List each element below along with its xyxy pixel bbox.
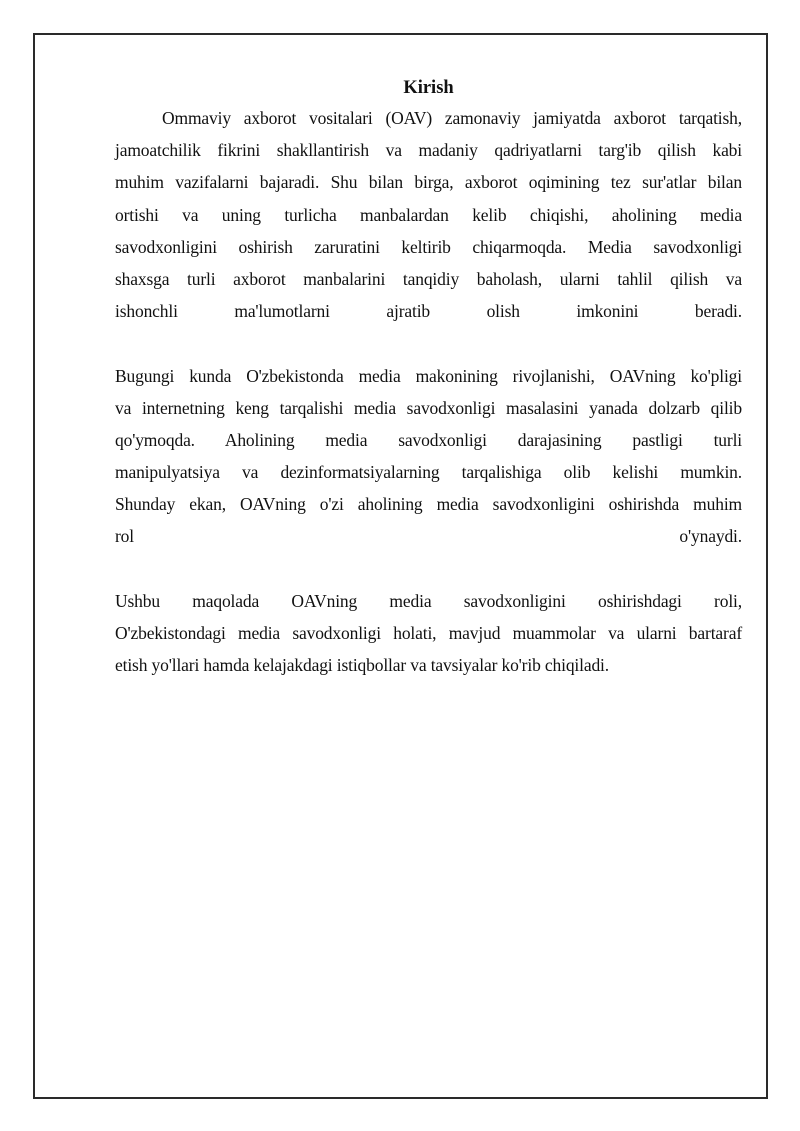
document-title: Kirish	[115, 76, 742, 100]
document-body: Kirish Ommaviy axborot vositalari (OAV) …	[115, 76, 742, 681]
text-line: va internetning keng tarqalishi media sa…	[115, 392, 742, 424]
text-line: O'zbekistondagi media savodxonligi holat…	[115, 617, 742, 649]
text-line: Shunday ekan, OAVning o'zi aholining med…	[115, 488, 742, 520]
text-line: etish yo'llari hamda kelajakdagi istiqbo…	[115, 649, 742, 681]
text-line: Ushbu maqolada OAVning media savodxonlig…	[115, 585, 742, 617]
text-line: shaxsga turli axborot manbalarini tanqid…	[115, 263, 742, 295]
text-line: manipulyatsiya va dezinformatsiyalarning…	[115, 456, 742, 488]
text-line: muhim vazifalarni bajaradi. Shu bilan bi…	[115, 166, 742, 198]
text-line: Bugungi kunda O'zbekistonda media makoni…	[115, 360, 742, 392]
text-line: jamoatchilik fikrini shakllantirish va m…	[115, 134, 742, 166]
paragraph-spacer	[115, 327, 742, 359]
text-line: savodxonligini oshirish zaruratini kelti…	[115, 231, 742, 263]
text-line-content: Ommaviy axborot vositalari (OAV) zamonav…	[162, 108, 742, 128]
paragraph-article-scope: Ushbu maqolada OAVning media savodxonlig…	[115, 585, 742, 682]
paragraph-introduction: Ommaviy axborot vositalari (OAV) zamonav…	[115, 102, 742, 327]
text-line: rol o'ynaydi.	[115, 520, 742, 552]
text-line: ishonchli ma'lumotlarni ajratib olish im…	[115, 295, 742, 327]
text-line: qo'ymoqda. Aholining media savodxonligi …	[115, 424, 742, 456]
text-line: Ommaviy axborot vositalari (OAV) zamonav…	[115, 102, 742, 134]
paragraph-uzbekistan-media: Bugungi kunda O'zbekistonda media makoni…	[115, 360, 742, 553]
paragraph-spacer	[115, 553, 742, 585]
text-line: ortishi va uning turlicha manbalardan ke…	[115, 199, 742, 231]
